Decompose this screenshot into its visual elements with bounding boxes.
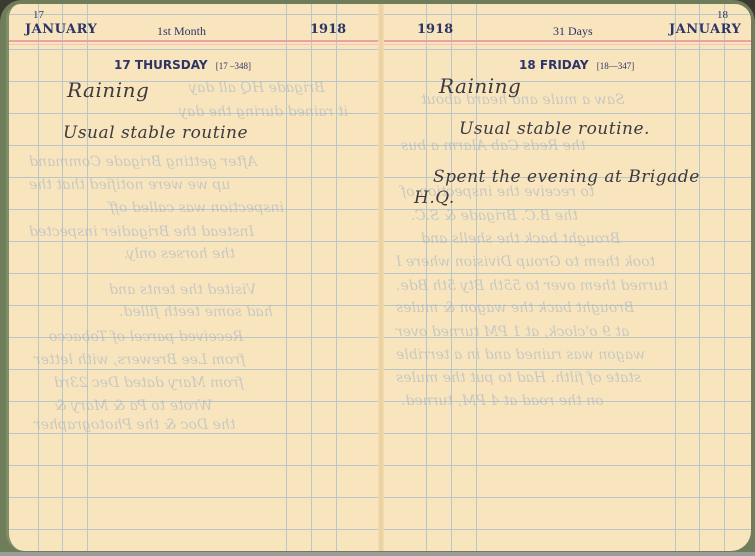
margin-rule	[38, 4, 39, 551]
margin-rule	[336, 4, 337, 551]
header-red-rule	[381, 40, 751, 42]
show-through-line: the horses only.	[124, 246, 235, 262]
show-through-line: turned them over to 55th Bty 5th Bde.	[396, 278, 668, 294]
day-heading: 18 FRIDAY [18—347]	[519, 58, 634, 72]
book-spine	[378, 4, 384, 551]
weekday: THURSDAY	[135, 58, 208, 72]
show-through-line: Visited the tents and	[109, 282, 256, 298]
year-label: 1918	[310, 22, 346, 37]
margin-rule	[62, 4, 63, 551]
show-through-line: Brought back the wagon & mules	[396, 300, 634, 316]
show-through-line: Received parcel of Tobacco	[49, 329, 243, 345]
show-through-line: it rained during the day	[179, 104, 348, 120]
show-through-line: the Doc & the Photographer	[34, 417, 236, 433]
right-page: 1918 31 Days 18 JANUARY 18 FRIDAY [18—34…	[381, 4, 751, 551]
show-through-line: the Reds Cab Alarm a bus	[401, 138, 586, 154]
show-through-line: inspection was called off	[109, 200, 284, 216]
day-number: 18	[519, 58, 536, 72]
show-through-line: on the road at 4 PM, turned.	[401, 393, 604, 409]
days-count-label: 31 Days	[553, 24, 593, 39]
header-red-rule	[9, 40, 384, 42]
show-through-line: from Lee Brewers, with letter	[34, 352, 245, 368]
show-through-line: Instead the Brigadier inspected	[29, 224, 254, 240]
show-through-line: wagon was ruined and in a terrible	[396, 347, 645, 363]
month-index-label: 1st Month	[157, 24, 206, 39]
corner-day-number: 17	[33, 9, 44, 21]
header-red-rule-thin	[381, 44, 751, 45]
handwritten-entry: Raining	[67, 78, 149, 102]
show-through-line: at 9 o'clock, at 1 PM turned over	[396, 324, 629, 340]
weekday: FRIDAY	[540, 58, 589, 72]
handwritten-entry: Raining	[439, 74, 521, 98]
day-number: 17	[114, 58, 131, 72]
day-ordinal: [17 –348]	[216, 61, 251, 71]
show-through-line: from Mary dated Dec 23rd	[54, 375, 244, 391]
handwritten-entry: Usual stable routine.	[459, 119, 650, 139]
handwritten-entry: Spent the evening at Brigade	[433, 167, 700, 187]
show-through-line: Wrote to Pa & Mary &	[54, 398, 212, 414]
show-through-line: Brought back the shells and	[421, 231, 620, 247]
left-page: 17 JANUARY 1st Month 1918 17 THURSDAY [1…	[6, 4, 384, 551]
month-label: JANUARY	[669, 22, 741, 37]
margin-rule	[724, 4, 725, 551]
month-label: JANUARY	[25, 22, 97, 37]
day-heading: 17 THURSDAY [17 –348]	[114, 58, 251, 72]
margin-rule	[675, 4, 676, 551]
margin-rule	[699, 4, 700, 551]
handwritten-entry: Usual stable routine	[63, 123, 248, 143]
show-through-line: Brigade HQ all day	[189, 80, 325, 96]
show-through-line: up we were notified that the	[29, 177, 230, 193]
background-strip	[0, 552, 755, 556]
handwritten-entry: H.Q.	[414, 188, 455, 208]
show-through-line: the B.C. Brigade & S.C.	[411, 208, 578, 224]
header-red-rule-thin	[9, 44, 384, 45]
show-through-line: After getting Brigade Command	[29, 154, 257, 170]
show-through-line: had some teeth filled.	[119, 304, 273, 320]
day-ordinal: [18—347]	[597, 61, 635, 71]
show-through-line: state of filth. Had to put the mules	[396, 370, 641, 386]
show-through-line: took them to Group Division where I	[396, 254, 655, 270]
year-label: 1918	[417, 22, 453, 37]
corner-day-number: 18	[717, 9, 728, 21]
